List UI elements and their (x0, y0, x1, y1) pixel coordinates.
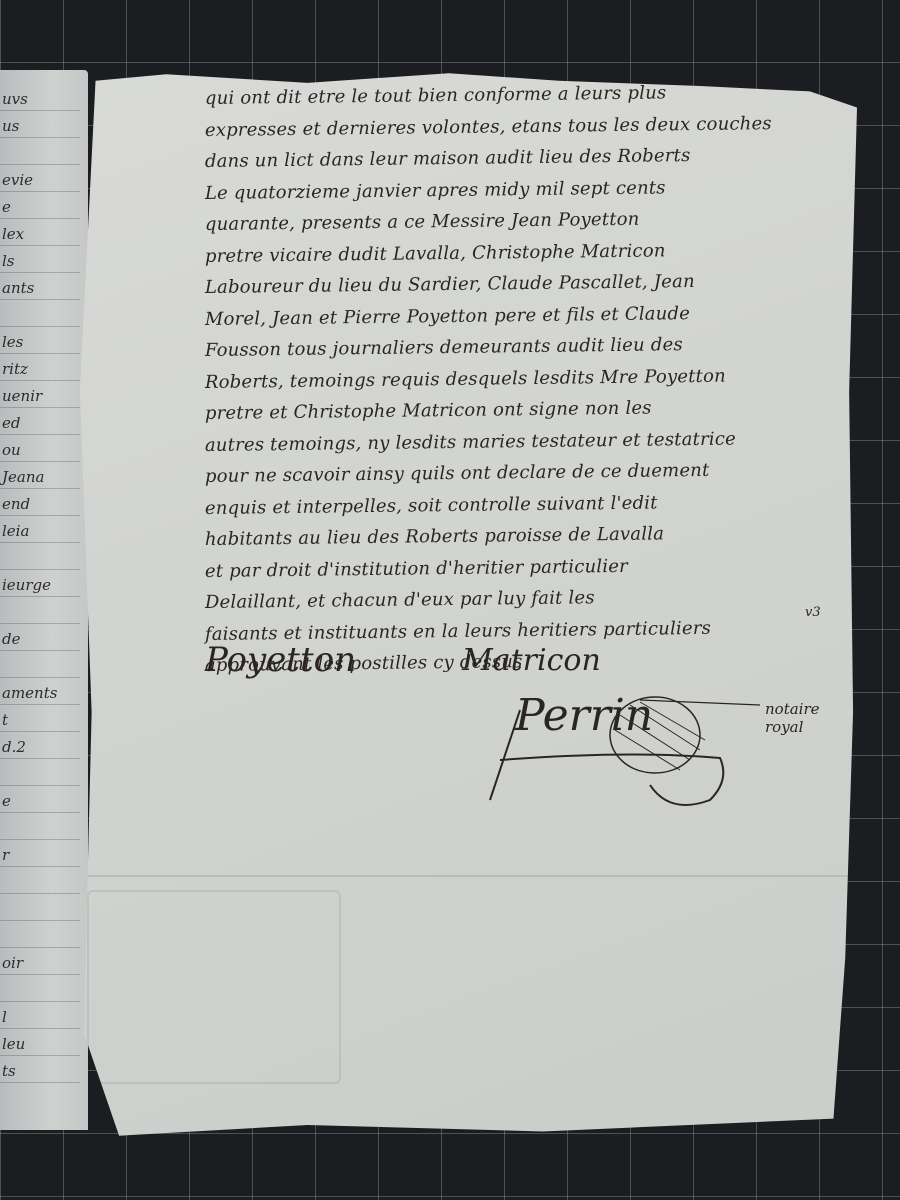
left-page-rule (0, 515, 80, 516)
left-page-rule (0, 1001, 80, 1002)
left-page-rule (0, 110, 80, 111)
notary-title: notaire royal (765, 700, 820, 736)
left-page-rule (0, 137, 80, 138)
left-page-rule (0, 974, 80, 975)
left-page-rule (0, 380, 80, 381)
left-page-text: r (2, 846, 9, 864)
left-page-rule (0, 218, 80, 219)
left-page-text: de (2, 630, 20, 648)
left-page-text: Jeana (2, 468, 44, 486)
left-page-rule (0, 326, 80, 327)
left-page-rule (0, 947, 80, 948)
fold-line (72, 875, 857, 877)
left-page-text: aments (2, 684, 57, 702)
left-page-text: d.2 (2, 738, 26, 756)
left-page-rule (0, 353, 80, 354)
left-page-text: ants (2, 279, 34, 297)
left-page-text: leia (2, 522, 29, 540)
left-page-text: ed (2, 414, 20, 432)
left-page-text: uenir (2, 387, 42, 405)
left-page-rule (0, 785, 80, 786)
left-page-rule (0, 164, 80, 165)
left-page-text: ou (2, 441, 21, 459)
left-page-fragment: uvsusevieelexlsantslesritzueniredouJeana… (0, 70, 88, 1130)
left-page-rule (0, 920, 80, 921)
left-page-text: les (2, 333, 23, 351)
faded-stamp (87, 890, 341, 1084)
left-page-rule (0, 1028, 80, 1029)
left-page-rule (0, 299, 80, 300)
left-page-rule (0, 839, 80, 840)
left-page-rule (0, 677, 80, 678)
left-page-text: uvs (2, 90, 28, 108)
left-page-text: oir (2, 954, 23, 972)
left-page-rule (0, 407, 80, 408)
signature-poyetton: Poyetton (205, 640, 356, 680)
left-page-rule (0, 272, 80, 273)
left-page-rule (0, 731, 80, 732)
left-page-text: end (2, 495, 30, 513)
left-page-text: t (2, 711, 8, 729)
left-page-rule (0, 461, 80, 462)
left-page-rule (0, 1055, 80, 1056)
notary-title-line1: notaire (765, 700, 820, 718)
left-page-rule (0, 434, 80, 435)
left-page-rule (0, 758, 80, 759)
left-page-text: e (2, 792, 11, 810)
left-page-rule (0, 812, 80, 813)
left-page-text: lex (2, 225, 24, 243)
left-page-rule (0, 650, 80, 651)
left-page-text: evie (2, 171, 33, 189)
left-page-rule (0, 569, 80, 570)
left-page-rule (0, 893, 80, 894)
margin-note: v3 (805, 605, 821, 620)
left-page-rule (0, 542, 80, 543)
left-page-rule (0, 704, 80, 705)
left-page-rule (0, 623, 80, 624)
left-page-rule (0, 1082, 80, 1083)
left-page-text: e (2, 198, 11, 216)
left-page-text: leu (2, 1035, 25, 1053)
left-page-rule (0, 245, 80, 246)
notary-flourish-icon (480, 690, 780, 820)
left-page-text: ts (2, 1062, 16, 1080)
left-page-text: ritz (2, 360, 28, 378)
left-page-rule (0, 191, 80, 192)
left-page-text: l (2, 1008, 7, 1026)
notary-title-line2: royal (765, 718, 820, 736)
left-page-rule (0, 866, 80, 867)
signature-matricon: Matricon (462, 643, 601, 678)
left-page-rule (0, 488, 80, 489)
left-page-rule (0, 596, 80, 597)
left-page-text: us (2, 117, 19, 135)
left-page-text: ieurge (2, 576, 51, 594)
document-body: qui ont dit etre le tout bien conforme a… (205, 88, 845, 687)
left-page-text: ls (2, 252, 15, 270)
